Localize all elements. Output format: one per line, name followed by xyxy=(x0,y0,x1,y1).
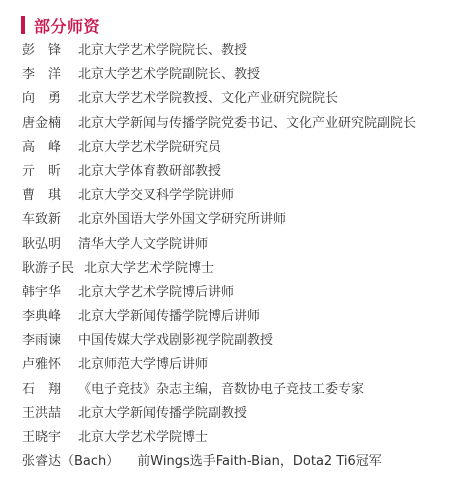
faculty-name: 车致新 xyxy=(22,208,78,232)
faculty-row: 韩宇华北京大学艺术学院博后讲师 xyxy=(22,281,460,305)
faculty-row: 王洪喆北京大学新闻传播学院副教授 xyxy=(22,402,460,426)
faculty-desc: 北京大学艺术学院教授、文化产业研究院院长 xyxy=(78,87,338,111)
faculty-name: 卢雅怀 xyxy=(22,353,78,377)
faculty-name: 王晓宇 xyxy=(22,426,78,450)
faculty-row: 亓 昕北京大学体育教研部教授 xyxy=(22,160,460,184)
faculty-row: 王晓宇北京大学艺术学院博士 xyxy=(22,426,460,450)
faculty-list: 彭 锋北京大学艺术学院院长、教授 李 洋北京大学艺术学院副院长、教授 向 勇北京… xyxy=(22,39,460,474)
faculty-name: 石 翔 xyxy=(22,378,78,402)
faculty-name: 张睿达（Bach） xyxy=(22,450,137,474)
section-title: 部分师资 xyxy=(34,14,100,37)
faculty-desc: 北京大学体育教研部教授 xyxy=(78,160,221,184)
faculty-desc: 《电子竞技》杂志主编，音数协电子竞技工委专家 xyxy=(78,378,364,402)
faculty-desc: 北京大学艺术学院博士 xyxy=(84,257,214,281)
faculty-row: 卢雅怀北京师范大学博后讲师 xyxy=(22,353,460,377)
faculty-name: 亓 昕 xyxy=(22,160,78,184)
faculty-name: 王洪喆 xyxy=(22,402,78,426)
faculty-desc: 北京师范大学博后讲师 xyxy=(78,353,208,377)
faculty-name: 耿弘明 xyxy=(22,233,78,257)
faculty-row: 李雨谏中国传媒大学戏剧影视学院副教授 xyxy=(22,329,460,353)
faculty-desc: 北京外国语大学外国文学研究所讲师 xyxy=(78,208,286,232)
faculty-name: 李雨谏 xyxy=(22,329,78,353)
faculty-name: 韩宇华 xyxy=(22,281,78,305)
faculty-desc: 中国传媒大学戏剧影视学院副教授 xyxy=(78,329,273,353)
faculty-desc: 北京大学新闻与传播学院党委书记、文化产业研究院副院长 xyxy=(78,112,416,136)
faculty-desc: 清华大学人文学院讲师 xyxy=(78,233,208,257)
faculty-row: 曹 琪北京大学交叉科学学院讲师 xyxy=(22,184,460,208)
faculty-row: 耿游子民北京大学艺术学院博士 xyxy=(22,257,460,281)
faculty-name: 李 洋 xyxy=(22,63,78,87)
faculty-desc: 北京大学新闻传播学院副教授 xyxy=(78,402,247,426)
faculty-row: 李典峰北京大学新闻传播学院博后讲师 xyxy=(22,305,460,329)
faculty-row: 唐金楠北京大学新闻与传播学院党委书记、文化产业研究院副院长 xyxy=(22,112,460,136)
faculty-desc: 北京大学艺术学院院长、教授 xyxy=(78,39,247,63)
faculty-desc: 前Wings选手Faith-Bian，Dota2 Ti6冠军 xyxy=(137,450,381,474)
faculty-name: 唐金楠 xyxy=(22,112,78,136)
faculty-section: 部分师资 彭 锋北京大学艺术学院院长、教授 李 洋北京大学艺术学院副院长、教授 … xyxy=(0,0,460,474)
faculty-desc: 北京大学艺术学院博士 xyxy=(78,426,208,450)
faculty-name: 曹 琪 xyxy=(22,184,78,208)
faculty-name: 耿游子民 xyxy=(22,257,84,281)
faculty-name: 向 勇 xyxy=(22,87,78,111)
faculty-row: 向 勇北京大学艺术学院教授、文化产业研究院院长 xyxy=(22,87,460,111)
accent-bar xyxy=(21,16,25,34)
faculty-row: 高 峰北京大学艺术学院研究员 xyxy=(22,136,460,160)
faculty-name: 李典峰 xyxy=(22,305,78,329)
faculty-row: 李 洋北京大学艺术学院副院长、教授 xyxy=(22,63,460,87)
faculty-row: 石 翔《电子竞技》杂志主编，音数协电子竞技工委专家 xyxy=(22,378,460,402)
faculty-desc: 北京大学交叉科学学院讲师 xyxy=(78,184,234,208)
faculty-name: 高 峰 xyxy=(22,136,78,160)
faculty-desc: 北京大学新闻传播学院博后讲师 xyxy=(78,305,260,329)
faculty-desc: 北京大学艺术学院副院长、教授 xyxy=(78,63,260,87)
faculty-name: 彭 锋 xyxy=(22,39,78,63)
faculty-desc: 北京大学艺术学院研究员 xyxy=(78,136,221,160)
faculty-row: 耿弘明清华大学人文学院讲师 xyxy=(22,233,460,257)
faculty-desc: 北京大学艺术学院博后讲师 xyxy=(78,281,234,305)
section-header: 部分师资 xyxy=(22,14,460,36)
faculty-row: 张睿达（Bach）前Wings选手Faith-Bian，Dota2 Ti6冠军 xyxy=(22,450,460,474)
faculty-row: 彭 锋北京大学艺术学院院长、教授 xyxy=(22,39,460,63)
faculty-row: 车致新北京外国语大学外国文学研究所讲师 xyxy=(22,208,460,232)
